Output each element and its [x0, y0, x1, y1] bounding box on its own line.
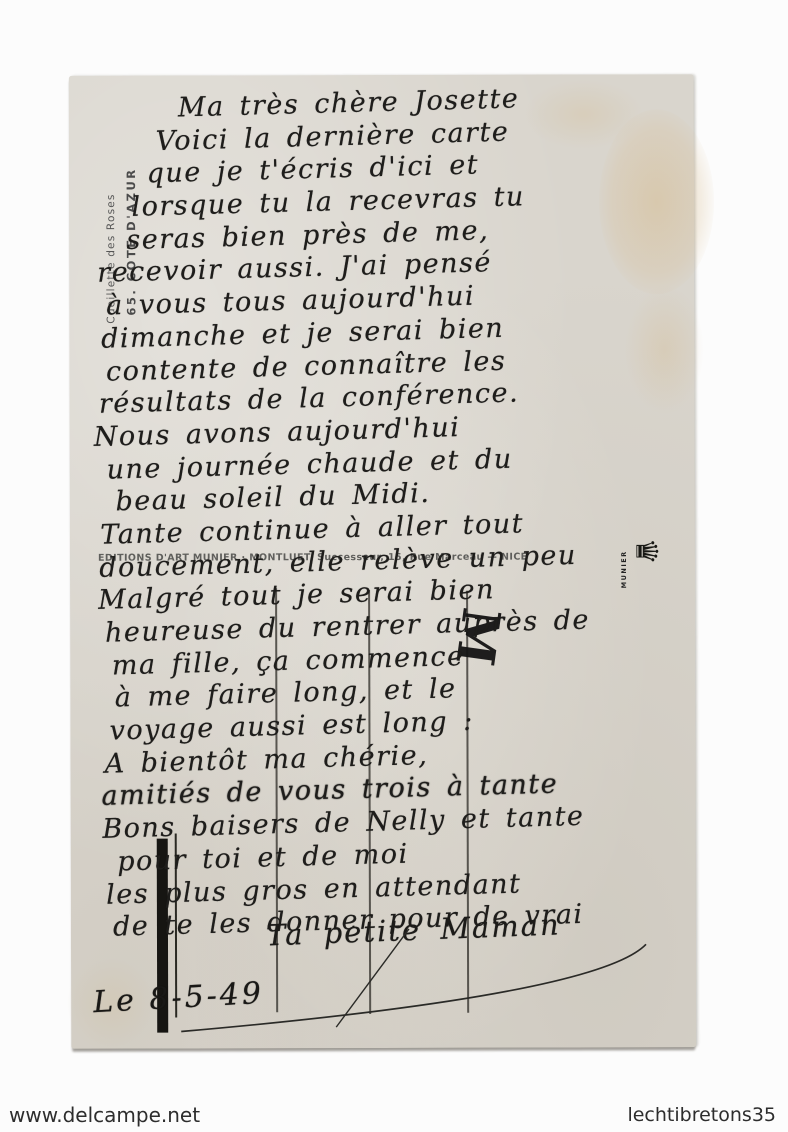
watermark-seller: lechtibretons35: [627, 1104, 776, 1126]
watermark-delcampe: www.delcampe.net: [9, 1103, 200, 1127]
date-line: Le 8-5-49: [92, 976, 265, 1020]
handwritten-letter: Ma très chère JosetteVoici la dernière c…: [82, 79, 695, 945]
postcard-scan: 65. COTE D'AZUR Cueillette des Roses EDI…: [69, 74, 697, 1049]
